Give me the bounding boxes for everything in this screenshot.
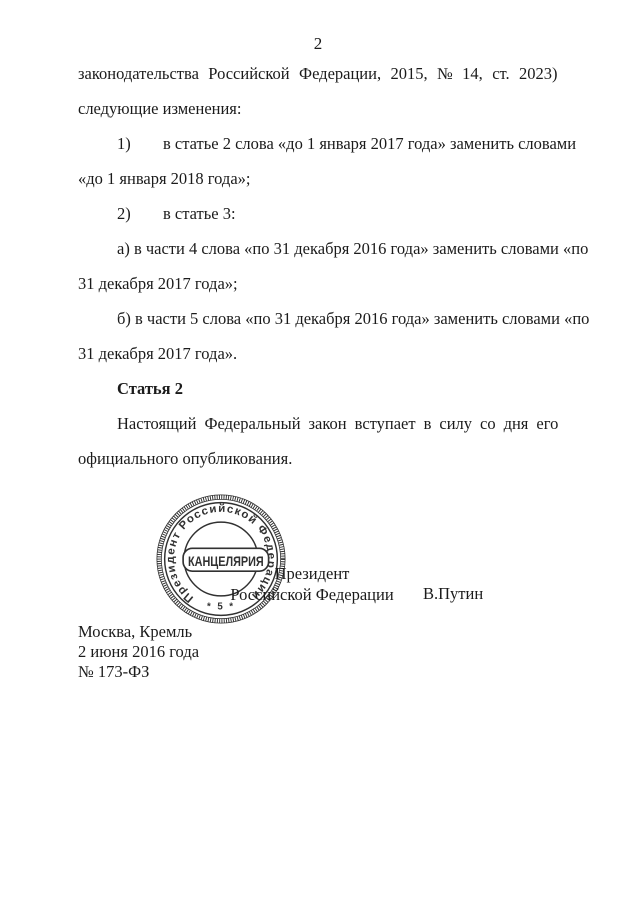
stamp-center-text: КАНЦЕЛЯРИЯ: [188, 554, 264, 569]
document-page: 2 законодательства Российской Федерации,…: [0, 0, 640, 905]
line-text: следующие изменения:: [78, 99, 242, 118]
body-line: 31 декабря 2017 года».: [78, 344, 558, 364]
line-text: «до 1 января 2018 года»;: [78, 169, 251, 188]
line-text: а) в части 4 слова «по 31 декабря 2016 г…: [117, 239, 588, 258]
requisites-number: № 173-ФЗ: [78, 662, 199, 682]
line-number: 2): [117, 204, 163, 224]
requisites-block: Москва, Кремль 2 июня 2016 года № 173-ФЗ: [78, 622, 199, 682]
line-text: официального опубликования.: [78, 449, 292, 468]
requisites-date: 2 июня 2016 года: [78, 642, 199, 662]
body-line: а) в части 4 слова «по 31 декабря 2016 г…: [78, 239, 558, 259]
stamp-number-text: * 5 *: [207, 602, 235, 613]
chancellery-stamp-graphic: Президент Российской Федерации * 5 * КАН…: [153, 491, 289, 627]
body-line: б) в части 5 слова «по 31 декабря 2016 г…: [78, 309, 558, 329]
body-line: 31 декабря 2017 года»;: [78, 274, 558, 294]
line-text: 31 декабря 2017 года».: [78, 344, 237, 363]
line-text: Статья 2: [117, 379, 183, 398]
chancellery-stamp: Президент Российской Федерации * 5 * КАН…: [153, 491, 289, 627]
body-line: законодательства Российской Федерации, 2…: [78, 64, 558, 84]
body-line: «до 1 января 2018 года»;: [78, 169, 558, 189]
line-text: в статье 3:: [163, 204, 236, 223]
line-text: законодательства Российской Федерации, 2…: [78, 64, 558, 83]
body-line: официального опубликования.: [78, 449, 558, 469]
body-line: Настоящий Федеральный закон вступает в с…: [78, 414, 558, 434]
signature-name: В.Путин: [423, 584, 483, 604]
page-number: 2: [78, 34, 558, 54]
body-line: следующие изменения:: [78, 99, 558, 119]
line-text: Настоящий Федеральный закон вступает в с…: [117, 414, 558, 433]
body-line: Статья 2: [78, 379, 558, 399]
line-text: 31 декабря 2017 года»;: [78, 274, 238, 293]
line-text: б) в части 5 слова «по 31 декабря 2016 г…: [117, 309, 589, 328]
line-text: в статье 2 слова «до 1 января 2017 года»…: [163, 134, 576, 153]
body-line: 2)в статье 3:: [78, 204, 558, 224]
body-line: 1)в статье 2 слова «до 1 января 2017 год…: [78, 134, 558, 154]
line-number: 1): [117, 134, 163, 154]
